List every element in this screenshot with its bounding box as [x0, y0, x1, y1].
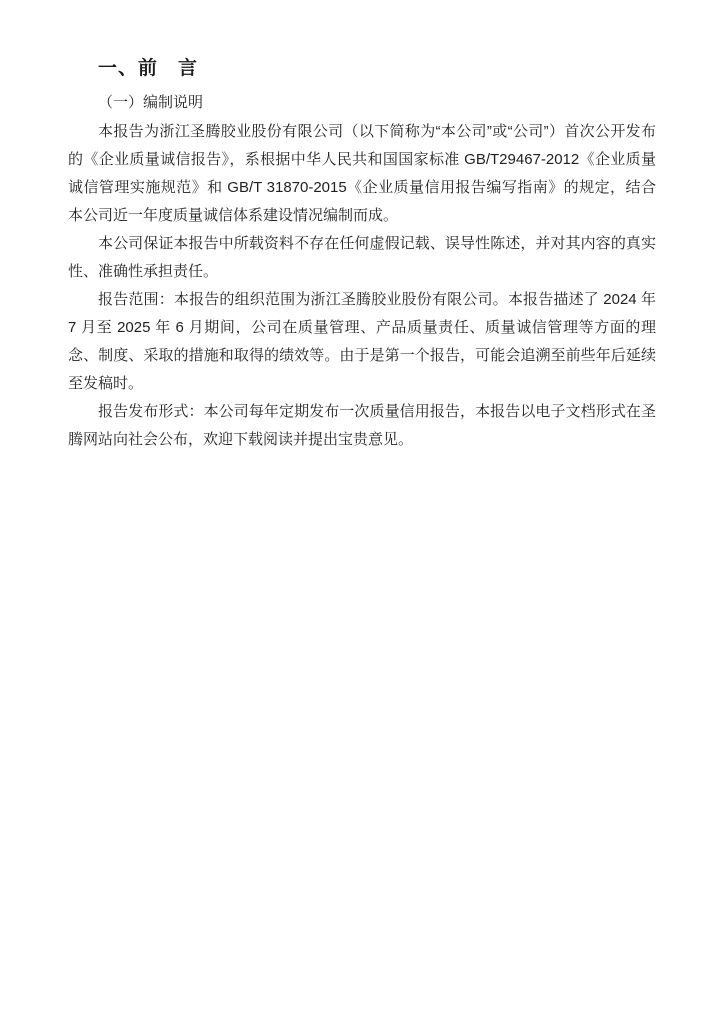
subsection-heading: （一）编制说明	[98, 90, 656, 116]
paragraph-report-scope: 报告范围：本报告的组织范围为浙江圣腾胶业股份有限公司。本报告描述了 2024 年…	[68, 286, 656, 398]
paragraph-guarantee-statement: 本公司保证本报告中所载资料不存在任何虚假记载、误导性陈述，并对其内容的真实性、准…	[68, 230, 656, 286]
paragraph-release-form: 报告发布形式：本公司每年定期发布一次质量信用报告，本报告以电子文档形式在圣腾网站…	[68, 398, 656, 454]
paragraph-compilation-note: 本报告为浙江圣腾胶业股份有限公司（以下简称为“本公司”或“公司”）首次公开发布的…	[68, 118, 656, 230]
document-page: 一、前 言 （一）编制说明 本报告为浙江圣腾胶业股份有限公司（以下简称为“本公司…	[0, 0, 724, 1024]
section-heading: 一、前 言	[98, 56, 656, 82]
